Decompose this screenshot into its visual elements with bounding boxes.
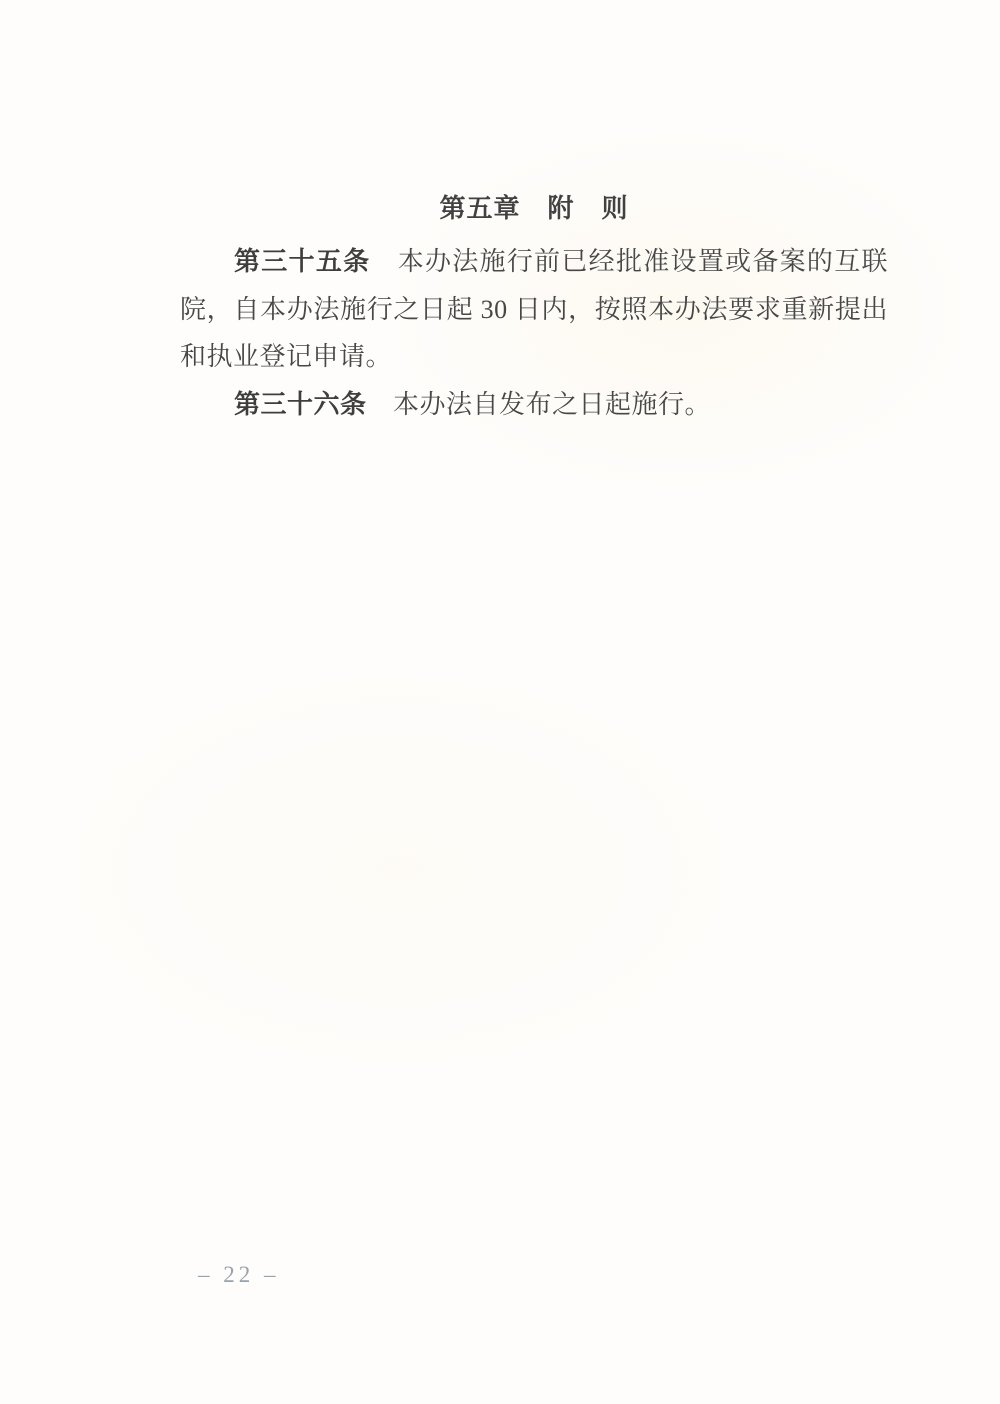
article-35: 第三十五条 本办法施行前已经批准设置或备案的互联网医 院，自本办法施行之日起 3… [180, 238, 888, 381]
article-35-number: 第三十五条 [234, 247, 370, 276]
chapter-heading: 第五章 附 则 [180, 192, 888, 226]
article-36-text: 本办法自发布之日起施行。 [367, 390, 712, 419]
article-36-line-1: 第三十六条 本办法自发布之日起施行。 [180, 381, 888, 429]
document-page: 第五章 附 则 第三十五条 本办法施行前已经批准设置或备案的互联网医 院，自本办… [0, 0, 1000, 1404]
article-35-line-2: 院，自本办法施行之日起 30 日内，按照本办法要求重新提出设置 [180, 286, 888, 334]
article-36-number: 第三十六条 [234, 390, 367, 419]
article-35-line-3: 和执业登记申请。 [180, 333, 888, 381]
article-35-line-1: 第三十五条 本办法施行前已经批准设置或备案的互联网医 [180, 238, 888, 286]
page-number: – 22 – [198, 1262, 280, 1288]
article-36: 第三十六条 本办法自发布之日起施行。 [180, 381, 888, 429]
document-body: 第三十五条 本办法施行前已经批准设置或备案的互联网医 院，自本办法施行之日起 3… [180, 238, 888, 428]
